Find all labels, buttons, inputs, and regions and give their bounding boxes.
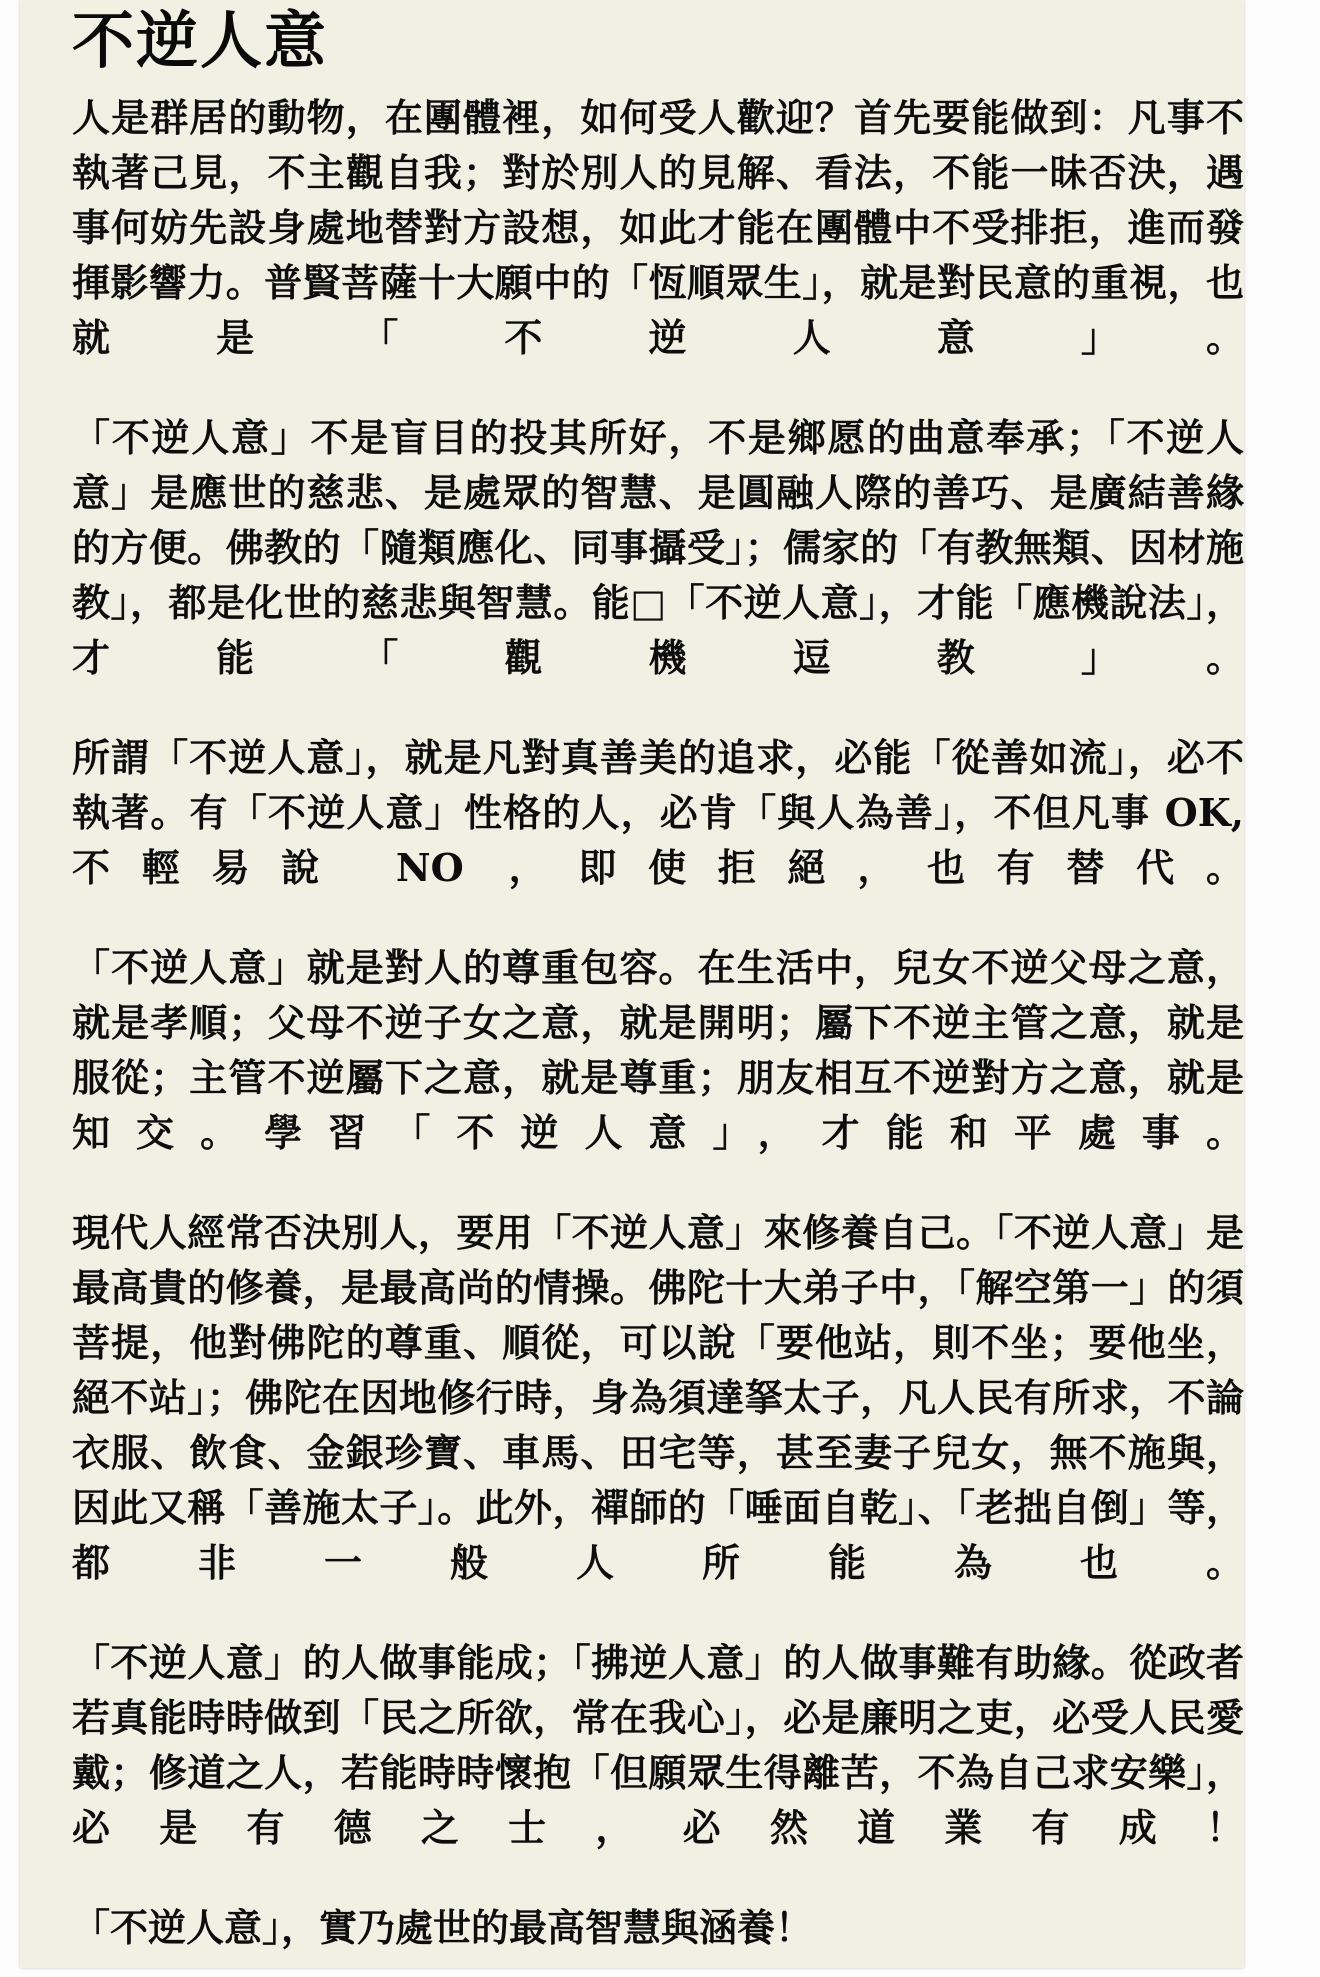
- paragraph-definition: 「不逆人意」不是盲目的投其所好，不是鄉愿的曲意奉承；「不逆人意」是應世的慈悲、是…: [72, 410, 1244, 685]
- page-background: 不逆人意 人是群居的動物，在團體裡，如何受人歡迎？首先要能做到：凡事不執著己見，…: [0, 0, 1320, 1977]
- paragraph-respect: 「不逆人意」就是對人的尊重包容。在生活中，兒女不逆父母之意，就是孝順；父母不逆子…: [72, 940, 1244, 1160]
- document-page: 不逆人意 人是群居的動物，在團體裡，如何受人歡迎？首先要能做到：凡事不執著己見，…: [20, 0, 1244, 1968]
- article-title: 不逆人意: [72, 4, 1244, 78]
- paragraph-conclusion: 「不逆人意」，實乃處世的最高智慧與涵養！: [72, 1900, 1244, 1955]
- paragraph-intro: 人是群居的動物，在團體裡，如何受人歡迎？首先要能做到：凡事不執著己見，不主觀自我…: [72, 90, 1244, 365]
- paragraph-examples: 現代人經常否決別人，要用「不逆人意」來修養自己。「不逆人意」是最高貴的修養，是最…: [72, 1205, 1244, 1590]
- paragraph-character: 所謂「不逆人意」，就是凡對真善美的追求，必能「從善如流」，必不執著。有「不逆人意…: [72, 730, 1244, 895]
- paragraph-politics: 「不逆人意」的人做事能成；「拂逆人意」的人做事難有助緣。從政者若真能時時做到「民…: [72, 1635, 1244, 1855]
